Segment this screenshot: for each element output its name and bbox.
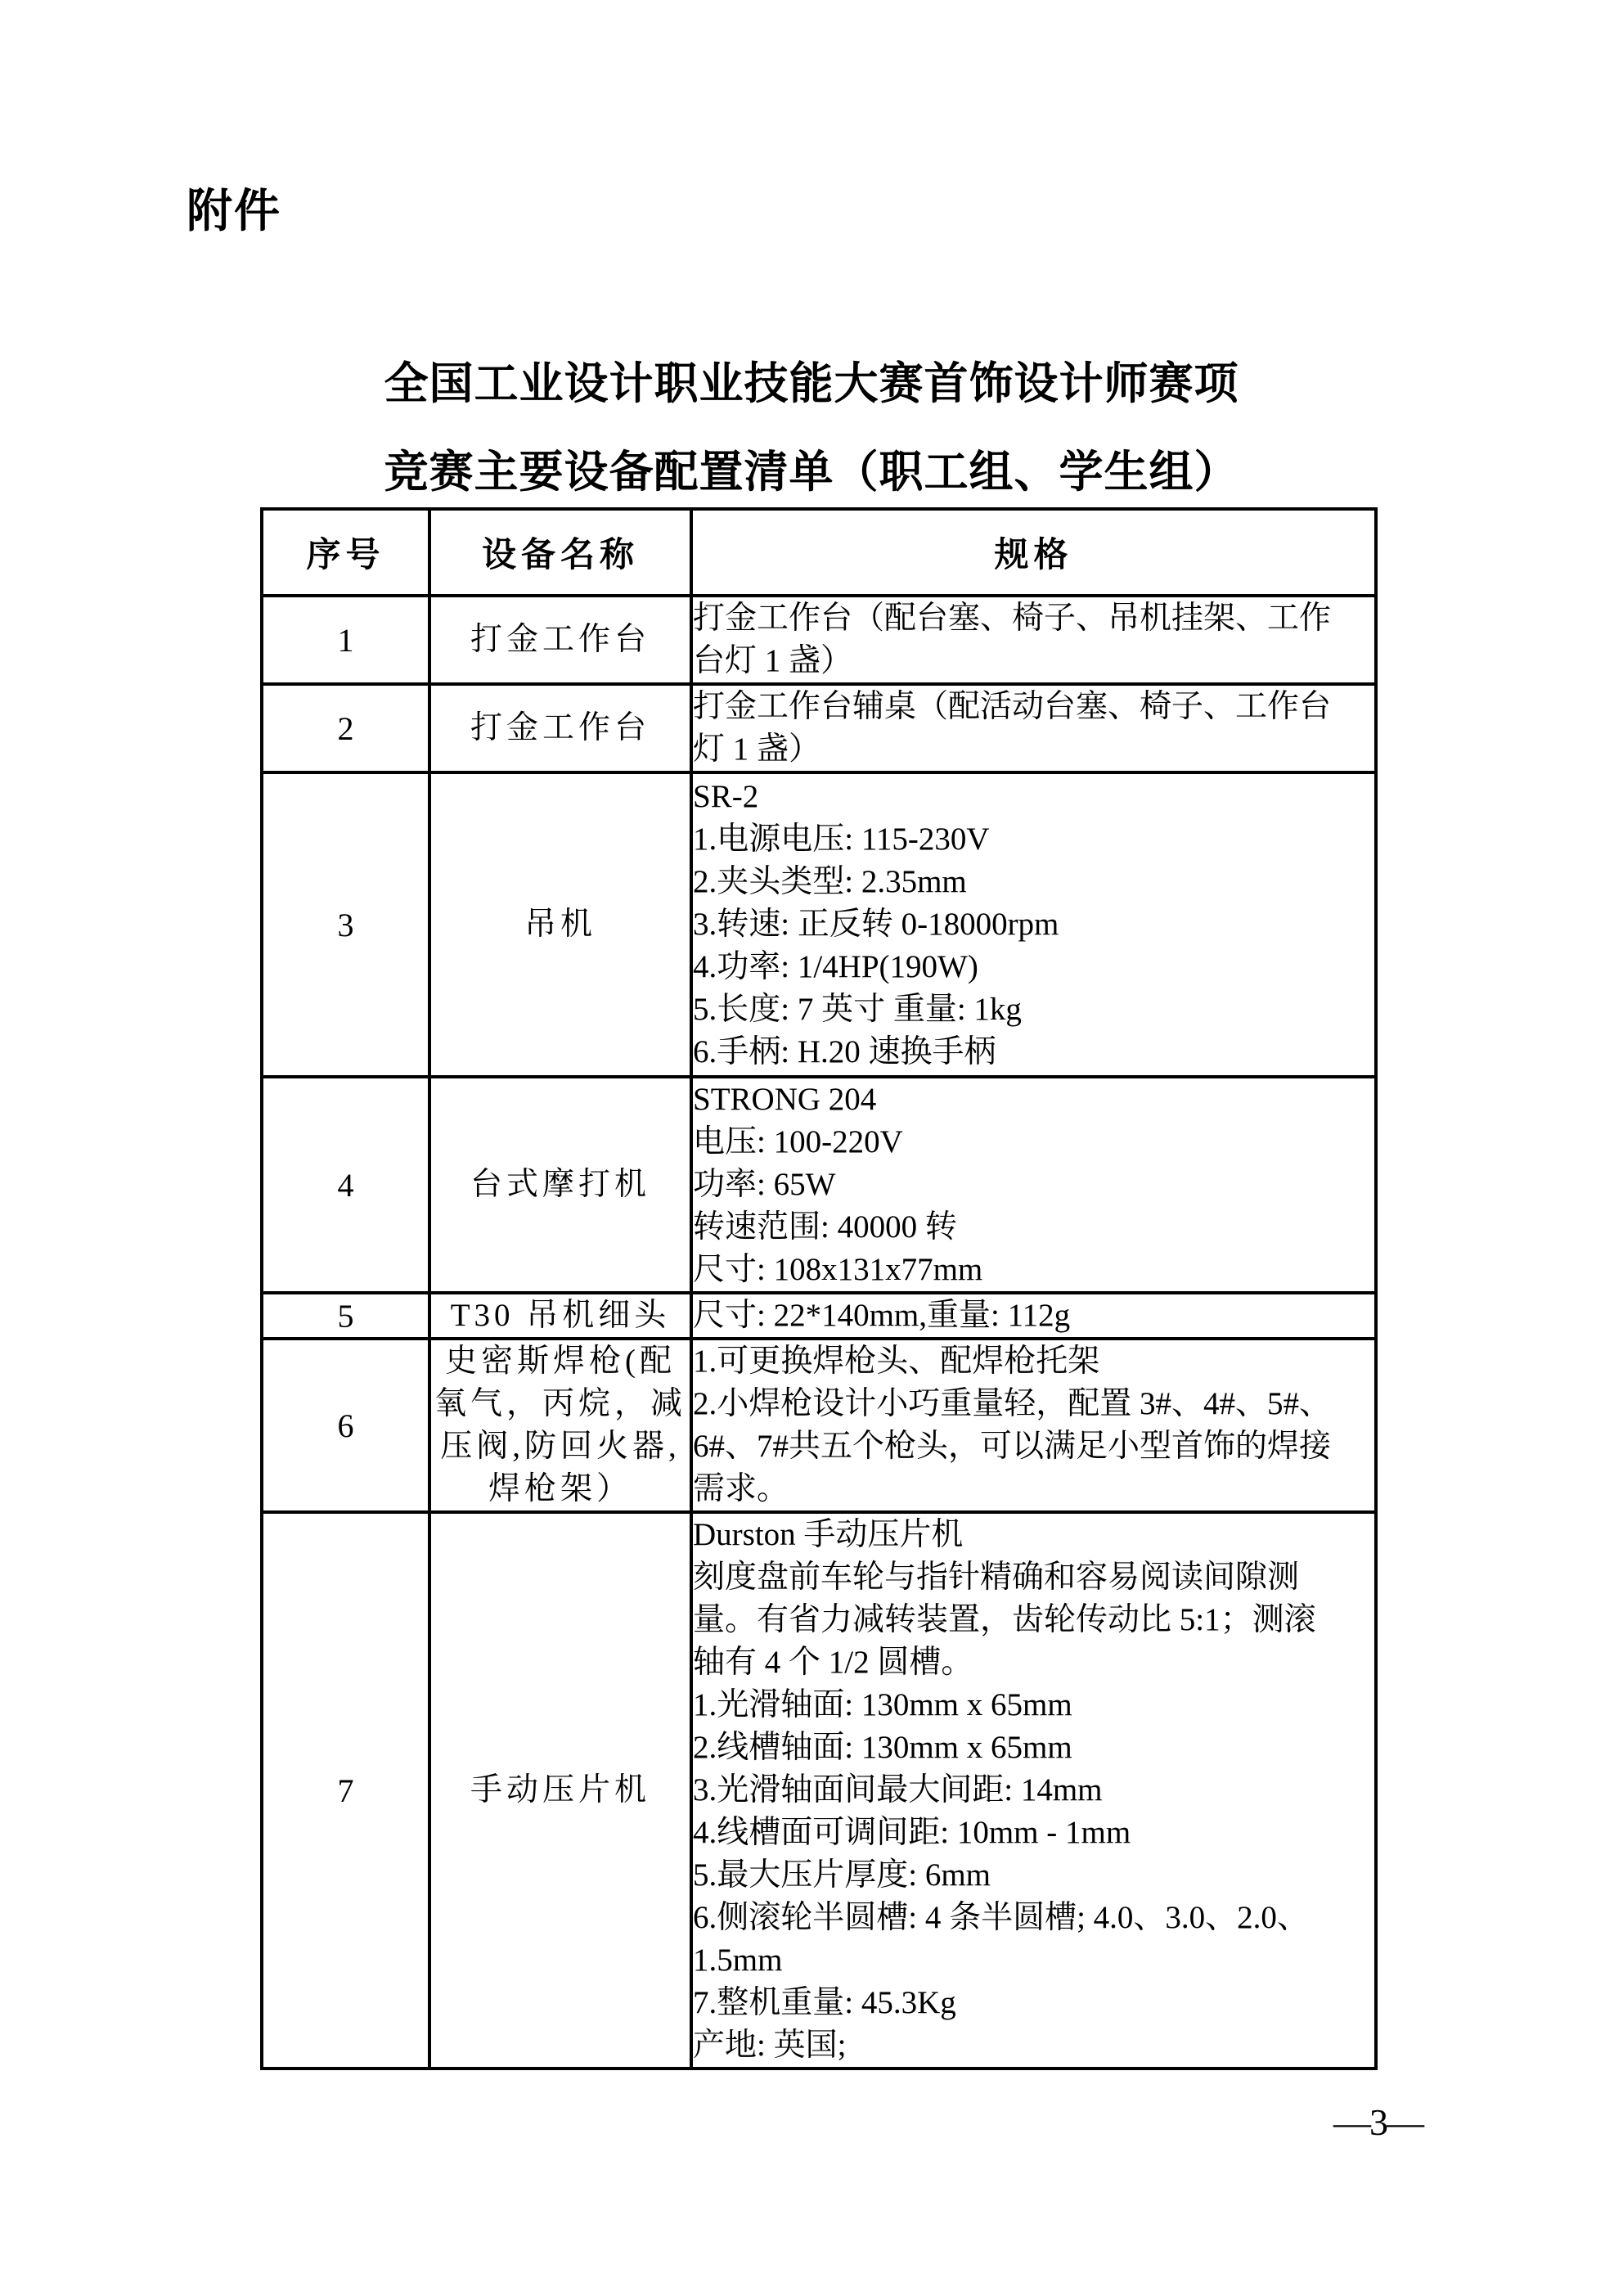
attachment-label: 附件 xyxy=(187,187,281,236)
text-line: 吊机 xyxy=(431,903,690,946)
text-line: 需求。 xyxy=(693,1468,1374,1510)
row-number-cell: 2 xyxy=(262,684,429,772)
text-line: 2.小焊枪设计小巧重量轻，配置 3#、4#、5#、 xyxy=(693,1383,1374,1425)
spec-cell: 打金工作台（配台塞、椅子、吊机挂架、工作台灯 1 盏） xyxy=(691,596,1376,684)
text-line: 1.电源电压: 115-230V xyxy=(693,818,1374,861)
row-number-cell: 7 xyxy=(262,1512,429,2069)
text-line: 电压: 100-220V xyxy=(693,1121,1374,1164)
equipment-name-cell: 史密斯焊枪(配氧气，丙烷，减压阀,防回火器,焊枪架） xyxy=(429,1339,691,1512)
text-line: 6.侧滚轮半圆槽: 4 条半圆槽; 4.0、3.0、2.0、 xyxy=(693,1897,1374,1939)
table-header-row: 序号 设备名称 规格 xyxy=(262,509,1376,596)
equipment-name-cell: T30 吊机细头 xyxy=(429,1293,691,1339)
table-row: 5 T30 吊机细头 尺寸: 22*140mm,重量: 112g xyxy=(262,1293,1376,1339)
row-number-cell: 3 xyxy=(262,772,429,1077)
document-title-line2: 竞赛主要设备配置清单（职工组、学生组） xyxy=(0,447,1623,497)
equipment-name-cell: 手动压片机 xyxy=(429,1512,691,2069)
text-line: 台式摩打机 xyxy=(431,1164,690,1206)
row-number-cell: 1 xyxy=(262,596,429,684)
table-row: 7 手动压片机 Durston 手动压片机刻度盘前车轮与指针精确和容易阅读间隙测… xyxy=(262,1512,1376,2069)
spec-cell: SR-21.电源电压: 115-230V2.夹头类型: 2.35mm3.转速: … xyxy=(691,772,1376,1077)
table-row: 6 史密斯焊枪(配氧气，丙烷，减压阀,防回火器,焊枪架） 1.可更换焊枪头、配焊… xyxy=(262,1339,1376,1512)
text-line: 7.整机重量: 45.3Kg xyxy=(693,1982,1374,2024)
equipment-name-cell: 打金工作台 xyxy=(429,596,691,684)
text-line: 2.夹头类型: 2.35mm xyxy=(693,861,1374,903)
text-line: 2.线槽轴面: 130mm x 65mm xyxy=(693,1727,1374,1769)
text-line: 量。有省力减转装置，齿轮传动比 5:1；测滚 xyxy=(693,1599,1374,1641)
text-line: 史密斯焊枪(配 xyxy=(431,1340,690,1383)
text-line: 6#、7#共五个枪头，可以满足小型首饰的焊接 xyxy=(693,1425,1374,1468)
text-line: 打金工作台辅桌（配活动台塞、椅子、工作台 xyxy=(693,686,1374,728)
text-line: 5.长度: 7 英寸 重量: 1kg xyxy=(693,988,1374,1031)
text-line: 4.线槽面可调间距: 10mm - 1mm xyxy=(693,1812,1374,1854)
text-line: SR-2 xyxy=(693,776,1374,818)
text-line: 打金工作台 xyxy=(431,707,690,750)
text-line: 刻度盘前车轮与指针精确和容易阅读间隙测 xyxy=(693,1556,1374,1599)
document-page: 附件 全国工业设计职业技能大赛首饰设计师赛项 竞赛主要设备配置清单（职工组、学生… xyxy=(0,0,1623,2296)
text-line: 尺寸: 22*140mm,重量: 112g xyxy=(693,1294,1374,1337)
document-title-line1: 全国工业设计职业技能大赛首饰设计师赛项 xyxy=(0,358,1623,409)
text-line: Durston 手动压片机 xyxy=(693,1514,1374,1556)
row-number-cell: 6 xyxy=(262,1339,429,1512)
text-line: 焊枪架） xyxy=(431,1468,690,1510)
text-line: 转速范围: 40000 转 xyxy=(693,1206,1374,1249)
text-line: 1.5mm xyxy=(693,1939,1374,1982)
text-line: 打金工作台（配台塞、椅子、吊机挂架、工作 xyxy=(693,597,1374,640)
equipment-table: 序号 设备名称 规格 1 打金工作台 打金工作台（配台塞、椅子、吊机挂架、工作台… xyxy=(260,507,1378,2070)
equipment-name-cell: 台式摩打机 xyxy=(429,1077,691,1293)
spec-cell: Durston 手动压片机刻度盘前车轮与指针精确和容易阅读间隙测量。有省力减转装… xyxy=(691,1512,1376,2069)
table-row: 2 打金工作台 打金工作台辅桌（配活动台塞、椅子、工作台灯 1 盏） xyxy=(262,684,1376,772)
text-line: 功率: 65W xyxy=(693,1164,1374,1206)
text-line: 氧气，丙烷，减 xyxy=(431,1383,690,1425)
text-line: STRONG 204 xyxy=(693,1078,1374,1121)
text-line: 3.转速: 正反转 0-18000rpm xyxy=(693,903,1374,946)
spec-cell: 尺寸: 22*140mm,重量: 112g xyxy=(691,1293,1376,1339)
text-line: 4.功率: 1/4HP(190W) xyxy=(693,946,1374,988)
text-line: 尺寸: 108x131x77mm xyxy=(693,1249,1374,1291)
text-line: T30 吊机细头 xyxy=(431,1294,690,1337)
spec-cell: 1.可更换焊枪头、配焊枪托架2.小焊枪设计小巧重量轻，配置 3#、4#、5#、6… xyxy=(691,1339,1376,1512)
page-number: —3— xyxy=(1333,2101,1423,2144)
text-line: 6.手柄: H.20 速换手柄 xyxy=(693,1031,1374,1074)
col-header-no: 序号 xyxy=(262,509,429,596)
row-number-cell: 4 xyxy=(262,1077,429,1293)
text-line: 灯 1 盏） xyxy=(693,728,1374,771)
text-line: 台灯 1 盏） xyxy=(693,640,1374,682)
equipment-name-cell: 吊机 xyxy=(429,772,691,1077)
text-line: 轴有 4 个 1/2 圆槽。 xyxy=(693,1641,1374,1684)
row-number-cell: 5 xyxy=(262,1293,429,1339)
text-line: 1.光滑轴面: 130mm x 65mm xyxy=(693,1684,1374,1727)
spec-cell: STRONG 204电压: 100-220V功率: 65W转速范围: 40000… xyxy=(691,1077,1376,1293)
table-row: 1 打金工作台 打金工作台（配台塞、椅子、吊机挂架、工作台灯 1 盏） xyxy=(262,596,1376,684)
text-line: 3.光滑轴面间最大间距: 14mm xyxy=(693,1769,1374,1812)
col-header-spec: 规格 xyxy=(691,509,1376,596)
table-row: 4 台式摩打机 STRONG 204电压: 100-220V功率: 65W转速范… xyxy=(262,1077,1376,1293)
equipment-name-cell: 打金工作台 xyxy=(429,684,691,772)
text-line: 手动压片机 xyxy=(431,1769,690,1812)
text-line: 1.可更换焊枪头、配焊枪托架 xyxy=(693,1340,1374,1383)
spec-cell: 打金工作台辅桌（配活动台塞、椅子、工作台灯 1 盏） xyxy=(691,684,1376,772)
col-header-name: 设备名称 xyxy=(429,509,691,596)
text-line: 压阀,防回火器, xyxy=(431,1425,690,1468)
text-line: 打金工作台 xyxy=(431,619,690,661)
text-line: 5.最大压片厚度: 6mm xyxy=(693,1854,1374,1897)
text-line: 产地: 英国; xyxy=(693,2024,1374,2067)
table-row: 3 吊机 SR-21.电源电压: 115-230V2.夹头类型: 2.35mm3… xyxy=(262,772,1376,1077)
